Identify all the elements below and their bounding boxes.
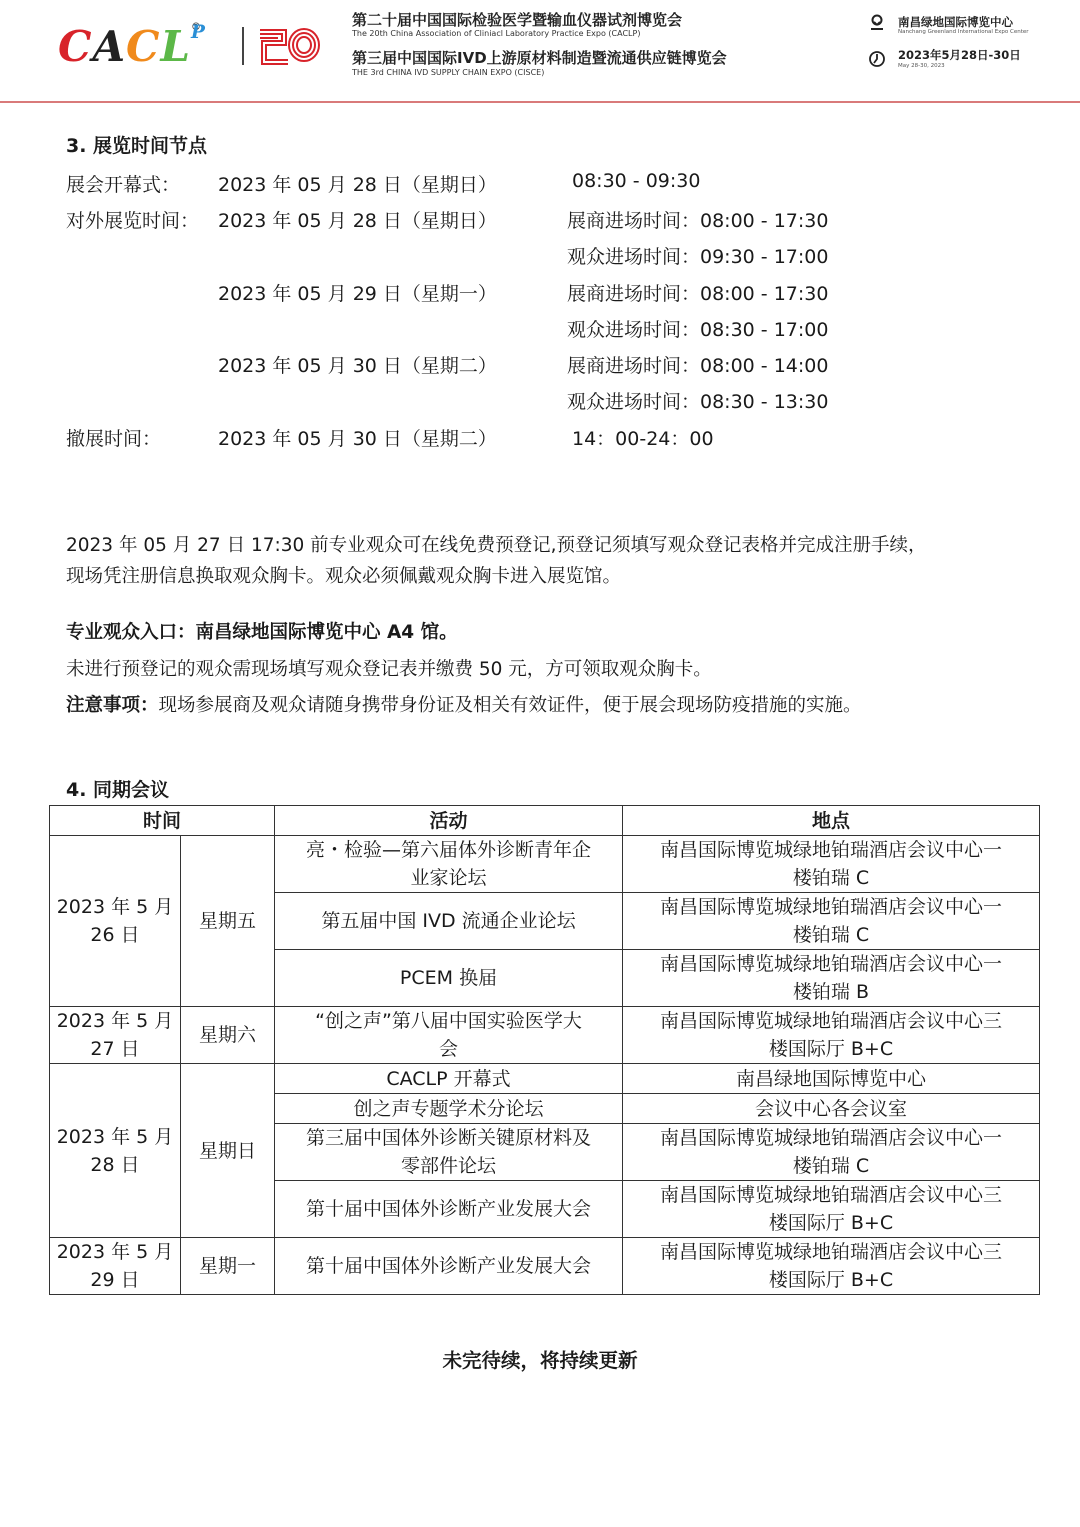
- conference-table: 时间 活动 地点 2023 年 5 月26 日 星期五 亮・检验—第六届体外诊断…: [49, 805, 1040, 1295]
- schedule-date: 2023 年 05 月 28 日（星期日）: [218, 206, 497, 233]
- weekday-cell: 星期一: [181, 1238, 275, 1295]
- location-pin-icon: [868, 14, 886, 32]
- date-cell: 2023 年 5 月28 日: [50, 1064, 181, 1238]
- activity-cell: 第五届中国 IVD 流通企业论坛: [275, 893, 623, 950]
- venue-cell: 南昌国际博览城绿地铂瑞酒店会议中心三楼国际厅 B+C: [623, 1181, 1040, 1238]
- expo-title-en-2: THE 3rd CHINA IVD SUPPLY CHAIN EXPO (CIS…: [352, 68, 544, 77]
- logo-divider: [242, 27, 244, 65]
- schedule-date: 2023 年 05 月 29 日（星期一）: [218, 279, 497, 306]
- schedule-date: 2023 年 05 月 30 日（星期二）: [218, 351, 497, 378]
- venue-title: 南昌绿地国际博览中心: [898, 14, 1013, 30]
- venue-cell: 南昌绿地国际博览中心: [623, 1064, 1040, 1094]
- activity-cell: 第三届中国体外诊断关键原材料及零部件论坛: [275, 1124, 623, 1181]
- registration-text-2: 现场凭注册信息换取观众胸卡。观众必须佩戴观众胸卡进入展览馆。: [66, 562, 621, 588]
- registration-text: 2023 年 05 月 27 日 17:30 前专业观众可在线免费预登记,预登记…: [66, 531, 927, 557]
- col-header-time: 时间: [50, 806, 275, 836]
- venue-cell: 南昌国际博览城绿地铂瑞酒店会议中心一楼铂瑞 B: [623, 950, 1040, 1007]
- entrance-text: 专业观众入口：南昌绿地国际博览中心 A4 馆。: [66, 618, 458, 644]
- schedule-label: 展会开幕式：: [66, 170, 180, 197]
- schedule-time: 08:30 - 09:30: [572, 170, 700, 192]
- col-header-activity: 活动: [275, 806, 623, 836]
- activity-cell: 第十届中国体外诊断产业发展大会: [275, 1238, 623, 1295]
- schedule-time: 展商进场时间：08:00 - 17:30: [567, 206, 828, 233]
- page-header: CACLP® 第二十届中国国际检验医学暨输血仪器试剂博览会 The 20th C…: [0, 0, 1080, 104]
- table-row: 2023 年 5 月28 日 星期日 CACLP 开幕式 南昌绿地国际博览中心: [50, 1064, 1040, 1094]
- weekday-cell: 星期日: [181, 1064, 275, 1238]
- anniversary-20-logo: [258, 24, 322, 66]
- activity-cell: 第十届中国体外诊断产业发展大会: [275, 1181, 623, 1238]
- date-cell: 2023 年 5 月27 日: [50, 1007, 181, 1064]
- schedule-label: 对外展览时间：: [66, 206, 199, 233]
- venue-cell: 南昌国际博览城绿地铂瑞酒店会议中心三楼国际厅 B+C: [623, 1007, 1040, 1064]
- dates-subtitle: May 28-30, 2023: [898, 63, 945, 69]
- venue-cell: 南昌国际博览城绿地铂瑞酒店会议中心一楼铂瑞 C: [623, 893, 1040, 950]
- date-cell: 2023 年 5 月29 日: [50, 1238, 181, 1295]
- weekday-cell: 星期六: [181, 1007, 275, 1064]
- table-row: 2023 年 5 月26 日 星期五 亮・检验—第六届体外诊断青年企业家论坛 南…: [50, 836, 1040, 893]
- schedule-time: 观众进场时间：08:30 - 17:00: [567, 315, 828, 342]
- venue-subtitle: Nanchang Greenland International Expo Ce…: [898, 29, 1029, 35]
- expo-title-en-1: The 20th China Association of Cliniacl L…: [352, 29, 640, 38]
- schedule-time: 观众进场时间：09:30 - 17:00: [567, 242, 828, 269]
- onsite-fee-text: 未进行预登记的观众需现场填写观众登记表并缴费 50 元，方可领取观众胸卡。: [66, 655, 712, 681]
- table-row: 2023 年 5 月27 日 星期六 “创之声”第八届中国实验医学大会 南昌国际…: [50, 1007, 1040, 1064]
- activity-cell: PCEM 换届: [275, 950, 623, 1007]
- activity-cell: 亮・检验—第六届体外诊断青年企业家论坛: [275, 836, 623, 893]
- weekday-cell: 星期五: [181, 836, 275, 1007]
- venue-cell: 会议中心各会议室: [623, 1094, 1040, 1124]
- schedule-time: 观众进场时间：08:30 - 13:30: [567, 387, 828, 414]
- notice-text: 注意事项：现场参展商及观众请随身携带身份证及相关有效证件，便于展会现场防疫措施的…: [66, 691, 862, 717]
- venue-cell: 南昌国际博览城绿地铂瑞酒店会议中心一楼铂瑞 C: [623, 836, 1040, 893]
- schedule-time: 展商进场时间：08:00 - 17:30: [567, 279, 828, 306]
- dates-title: 2023年5月28日-30日: [898, 47, 1021, 63]
- schedule-label: 撤展时间：: [66, 424, 161, 451]
- expo-title-cn-1: 第二十届中国国际检验医学暨输血仪器试剂博览会: [352, 9, 682, 30]
- header-rule: [0, 101, 1080, 103]
- activity-cell: “创之声”第八届中国实验医学大会: [275, 1007, 623, 1064]
- schedule-date: 2023 年 05 月 30 日（星期二）: [218, 424, 497, 451]
- activity-cell: CACLP 开幕式: [275, 1064, 623, 1094]
- clock-icon: [868, 50, 886, 68]
- table-header-row: 时间 活动 地点: [50, 806, 1040, 836]
- venue-cell: 南昌国际博览城绿地铂瑞酒店会议中心一楼铂瑞 C: [623, 1124, 1040, 1181]
- schedule-time: 14：00-24：00: [572, 424, 714, 451]
- to-be-continued-note: 未完待续，将持续更新: [0, 1345, 1080, 1373]
- schedule-date: 2023 年 05 月 28 日（星期日）: [218, 170, 497, 197]
- date-cell: 2023 年 5 月26 日: [50, 836, 181, 1007]
- venue-cell: 南昌国际博览城绿地铂瑞酒店会议中心三楼国际厅 B+C: [623, 1238, 1040, 1295]
- caclp-logo: CACLP®: [58, 22, 202, 71]
- section4-heading: 4. 同期会议: [66, 775, 169, 802]
- schedule-time: 展商进场时间：08:00 - 14:00: [567, 351, 828, 378]
- activity-cell: 创之声专题学术分论坛: [275, 1094, 623, 1124]
- section3-heading: 3. 展览时间节点: [66, 131, 207, 158]
- table-row: 2023 年 5 月29 日 星期一 第十届中国体外诊断产业发展大会 南昌国际博…: [50, 1238, 1040, 1295]
- col-header-venue: 地点: [623, 806, 1040, 836]
- expo-title-cn-2: 第三届中国国际IVD上游原材料制造暨流通供应链博览会: [352, 47, 727, 68]
